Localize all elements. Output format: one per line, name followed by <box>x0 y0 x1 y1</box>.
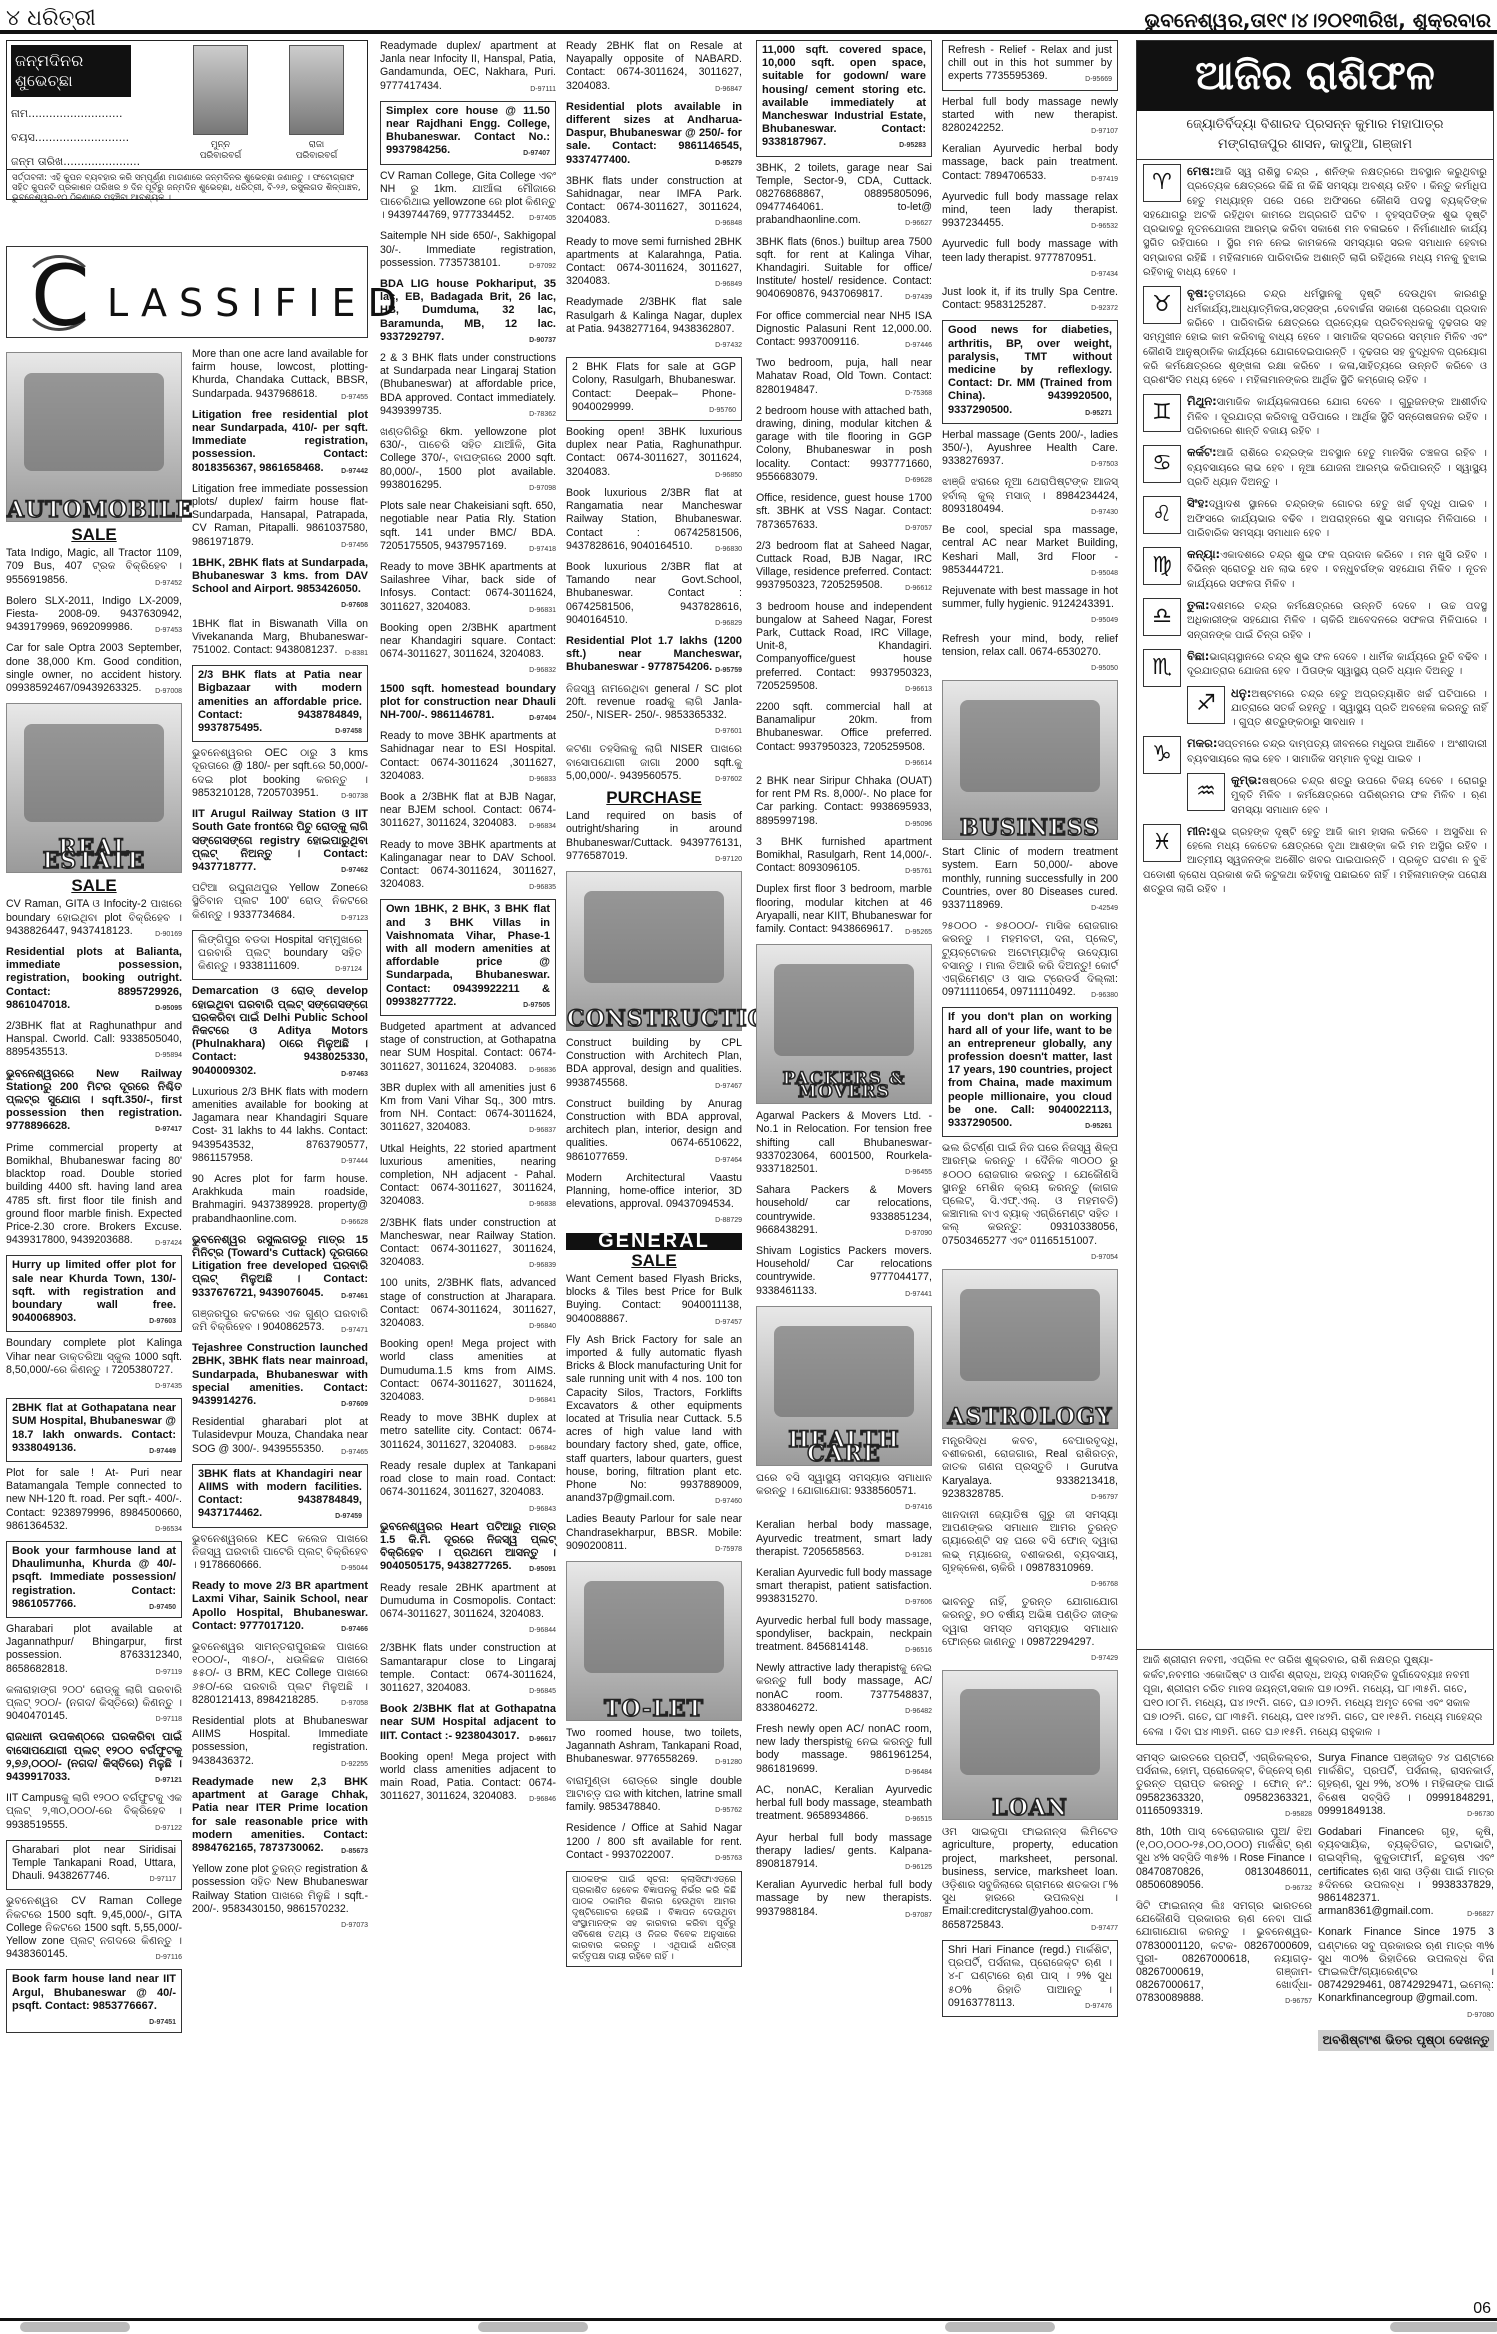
zodiac-icon: ♎ <box>1143 598 1181 636</box>
ad-code: D-95828 <box>1285 1808 1312 1821</box>
zodiac-icon: ♑ <box>1143 736 1181 774</box>
ad-code: D-96837 <box>529 1124 556 1137</box>
ad-code: D-97098 <box>529 482 556 495</box>
ad-code: D-97466 <box>341 1623 368 1636</box>
illustration <box>24 373 163 470</box>
classified-ad: AC, nonAC, Keralian Ayurvedic herbal ful… <box>756 1784 932 1827</box>
ad-code: D-92255 <box>341 1758 368 1771</box>
ad-code: D-96849 <box>715 278 742 291</box>
zodiac-name: କୁମ୍ଭ <box>1231 773 1257 787</box>
classified-ad: Residential plots at Balianta, immediate… <box>6 946 182 1015</box>
section-heading: SALE <box>6 528 182 541</box>
ad-code: D-97008 <box>155 685 182 698</box>
ad-code: D-97476 <box>1085 2000 1112 2013</box>
ad-text: 2 bedroom house with attached bath, draw… <box>756 405 932 483</box>
classified-ad: ପଟିଆ ରଘୁନାଥପୁର Yellow Zoneରେ ସ୍ଥିତିବାନ ପ… <box>192 882 368 925</box>
zodiac-prediction: ସପ୍ତମରେ ଚନ୍ଦ୍ର ଦାମ୍ପତ୍ୟ ଜୀବନରେ ମଧୁରତା ଆଣ… <box>1187 739 1487 764</box>
page-number: 06 <box>1473 2300 1491 2318</box>
classified-ad: Readymade new 2,3 BHK apartment at Garag… <box>192 1776 368 1858</box>
classified-ad: Simplex core house @ 11.50 near Rajdhani… <box>380 101 556 165</box>
classified-ad: Residential plots at Bhubaneswar AIIMS H… <box>192 1715 368 1771</box>
ad-text: Own 1BHK, 2 BHK, 3 BHK flat and 3 BHK Vi… <box>386 903 550 1007</box>
classified-ad: Shri Hari Finance (regd.) ମାର୍କଶିଟ, ପ୍ରପ… <box>942 1940 1118 2017</box>
ad-code: D-90737 <box>529 334 556 347</box>
child-photo-1 <box>193 45 248 135</box>
classified-ad: 2/3BHK flats under construction at Manch… <box>380 1217 556 1273</box>
ad-text: ଘରେ ବସି ସ୍ୱାସ୍ଥ୍ୟ ସମସ୍ୟାର ସମାଧାନ କରନ୍ତୁ … <box>756 1472 932 1497</box>
birthday-coupon: ଜନ୍ମଦିନର ଶୁଭେଚ୍ଛା ନାମ...................… <box>6 40 368 200</box>
zodiac-entry: ♎ତୁଳା:ଦଶମରେ ଚନ୍ଦ୍ର କର୍ମକ୍ଷେତ୍ରରେ ଉନ୍ନତି … <box>1137 594 1493 645</box>
horoscope-title: ଆଜିର ରାଶିଫଳ <box>1137 41 1493 111</box>
zodiac-list: ♈ମେଷ:ଆଜି ସ୍ୱ ରାଶିସ୍ଥ ଚନ୍ଦ୍ର , ଶନିଙ୍କ ନକ୍… <box>1137 160 1493 899</box>
classified-ad: 2 bedroom house with attached bath, draw… <box>756 405 932 487</box>
ad-code: D-96842 <box>529 1442 556 1455</box>
classified-ad: 3BHK flats at Khandagiri near AIIMS with… <box>192 1464 368 1528</box>
ad-code: D-97434 <box>1091 268 1118 281</box>
ad-text: Ayurvedic full body massage with teen la… <box>942 238 1118 263</box>
classified-ad: Plot for sale ! At- Puri near Batamangal… <box>6 1467 182 1536</box>
ad-code: D-85673 <box>341 1845 368 1858</box>
classified-ad: Shivam Logistics Packers movers. Househo… <box>756 1245 932 1301</box>
ad-code: D-95279 <box>715 157 742 170</box>
zodiac-icon: ♒ <box>1187 773 1225 811</box>
panjika-box: ଆଜି ଶ୍ରୀରାମ ନବମୀ, ଏପ୍ରିଲ ୧୯ ତାରିଖ ଶୁକ୍ରବ… <box>1137 1649 1493 1744</box>
classified-ad: Bolero SLX-2011, Indigo LX-2009, Fiesta-… <box>6 595 182 638</box>
classified-ad: Ready to move 3BHK apartments at Sahidna… <box>380 730 556 786</box>
classified-ad: 90 Acres plot for farm house. Arakhkuda … <box>192 1173 368 1229</box>
ad-code: D-95091 <box>529 1563 556 1576</box>
classified-ad: Ready to move 3BHK duplex at metro satel… <box>380 1412 556 1455</box>
ad-code: D-96515 <box>905 1813 932 1826</box>
classified-ad: For office commercial near NH5 ISA Digno… <box>756 310 932 353</box>
classified-ad: Utkal Heights, 22 storied apartment luxu… <box>380 1143 556 1212</box>
classified-ad: Luxurious 2/3 BHK flats with modern amen… <box>192 1086 368 1168</box>
column-4: Ready 2BHK flat on Resale at Nayapally o… <box>566 40 742 1967</box>
zodiac-entry: ♉ବୃଷ:ତୃତୀୟରେ ଚନ୍ଦ୍ର ଧର୍ମସ୍ଥାନକୁ ଦୃଷ୍ଟି ଦ… <box>1137 282 1493 390</box>
classified-ad: Rejuvenate with best massage in hot summ… <box>942 585 1118 628</box>
zodiac-prediction: ଆଜି ସ୍ୱ ରାଶିସ୍ଥ ଚନ୍ଦ୍ର , ଶନିଙ୍କ ନକ୍ଷତ୍ରର… <box>1143 167 1487 278</box>
classified-ad: ଲିଙ୍ଗିପୁର ବଡଦା Hospital ସମ୍ମୁଖରେ ଘରବାରି … <box>192 930 368 981</box>
classified-ad: ଘରେ ବସି ସ୍ୱାସ୍ଥ୍ୟ ସମସ୍ୟାର ସମାଧାନ କରନ୍ତୁ … <box>756 1472 932 1515</box>
classified-ad: Litigation free residential plot near Su… <box>192 409 368 478</box>
illustration <box>24 724 163 821</box>
ad-code: D-97058 <box>341 1697 368 1710</box>
classified-ad: 1BHK, 2BHK flats at Sundarpada, Bhubanes… <box>192 557 368 613</box>
classified-ad: Two bedroom, puja, hall near Mahatav Roa… <box>756 357 932 400</box>
ad-code: D-96847 <box>715 83 742 96</box>
horoscope-panel: ଆଜିର ରାଶିଫଳ ଜ୍ୟୋତିର୍ବିଦ୍ୟା ବିଶାରଦ ପ୍ରସନ୍… <box>1136 40 1494 1745</box>
ad-code: D-97465 <box>341 1446 368 1459</box>
ad-code: D-97122 <box>155 1822 182 1835</box>
classified-ad: 2/3BHK flats under construction at Saman… <box>380 1642 556 1698</box>
ad-code: D-97503 <box>1091 458 1118 471</box>
classified-ad: Herbal full body massage newly started w… <box>942 96 1118 139</box>
ad-code: D-96380 <box>1091 989 1118 1002</box>
category-label: REAL ESTATE <box>7 842 181 868</box>
ad-code: D-96831 <box>529 604 556 617</box>
ad-code: D-97449 <box>149 1445 176 1458</box>
ad-text: Yellow zone plot ତୁରନ୍ତ registration & p… <box>192 1863 368 1915</box>
classified-ad: Hurry up limited offer plot for sale nea… <box>6 1255 182 1332</box>
classified-ad: Just look it, if its trully Spa Centre. … <box>942 286 1118 315</box>
ad-code: D-97407 <box>523 147 550 160</box>
classified-ad: Residential plots available in different… <box>566 101 742 170</box>
zodiac-name: ବିଛା <box>1187 649 1205 663</box>
ad-text: Refresh your mind, body, relief tension,… <box>942 633 1118 658</box>
ad-code: D-97455 <box>341 391 368 404</box>
classified-ad: Modern Architectural Vaastu Planning, ho… <box>566 1172 742 1228</box>
ad-code: D-97451 <box>149 2016 176 2029</box>
classified-ad: Book luxurious 2/3BR flat at Tamando nea… <box>566 561 742 630</box>
ad-code: D-97462 <box>341 864 368 877</box>
classified-ad: Construct building by CPL Construction w… <box>566 1037 742 1093</box>
ad-code: D-97123 <box>341 912 368 925</box>
classified-ad: 2/3 bedroom flat at Saheed Nagar, Cuttac… <box>756 540 932 596</box>
ad-code: D-90169 <box>155 928 182 941</box>
ad-code: D-97087 <box>905 1909 932 1922</box>
ad-code: D-97416 <box>905 1501 932 1514</box>
ad-code: D-90738 <box>341 790 368 803</box>
ad-code: D-96836 <box>529 1064 556 1077</box>
ad-text: Book farm house land near IIT Argul, Bhu… <box>12 1973 176 2011</box>
zodiac-entry: ♏ବିଛା:ଭାଗ୍ୟସ୍ଥାନରେ ଚନ୍ଦ୍ର ଶୁଭ ଫଳ ଦେବେ । … <box>1137 645 1493 682</box>
ad-code: D-97505 <box>523 999 550 1012</box>
classified-ad: Duplex first floor 3 bedroom, marble flo… <box>756 883 932 939</box>
classified-ad: Construct building by Anurag Constructio… <box>566 1098 742 1167</box>
category-label: LOAN <box>943 1802 1117 1815</box>
classified-ad: ଭୁବନେଶ୍ୱରର Heart ପଟିଆରୁ ମାତ୍ର 1.5 କି.ମି.… <box>380 1521 556 1577</box>
ad-text: Readymade 2/3BHK flat sale Rasulgarh & K… <box>566 296 742 334</box>
ad-code: D-97404 <box>529 712 556 725</box>
ad-code: D-95894 <box>155 1049 182 1062</box>
zodiac-icon: ♋ <box>1143 445 1181 483</box>
classified-ad: 2 BHK Flats for sale at GGP Colony, Rasu… <box>566 357 742 421</box>
classified-ad: 1BHK flat in Biswanath Villa on Vivekana… <box>192 618 368 661</box>
classified-ad: 2 BHK near Siripur Chhaka (OUAT) for ren… <box>756 775 932 831</box>
ad-text: Ready resale duplex at Tankapani road cl… <box>380 1460 556 1498</box>
ad-code: D-97120 <box>715 853 742 866</box>
category-image-loan: LOAN <box>942 1670 1118 1820</box>
classified-title: LASSIFIED <box>107 281 409 325</box>
category-label: PACKERS & MOVERS <box>757 1073 931 1099</box>
ad-code: D-96628 <box>341 1216 368 1229</box>
classified-ad: ଗଞ୍ଜରପୁର କଟକରେ ଏକ ଗୁଣ୍ଠ ଘରବାରି ଜମି ବିକ୍ର… <box>192 1308 368 1337</box>
category-image-automobile: AUTOMOBILE <box>6 352 182 522</box>
classified-ad: ରାଜଧାନୀ ଉପକଣ୍ଠରେ ଘରକରିବା ପାଇଁ ବାସୋପଯୋଗୀ … <box>6 1731 182 1787</box>
ad-text: Demarcation ଓ ରୋଡ୍ develop ହୋଇଥିବା ଘରବାର… <box>192 985 368 1076</box>
classified-ad: Ready to move semi furnished 2BHK apartm… <box>566 236 742 292</box>
zodiac-entry: ♌ସିଂହ:ଦ୍ୱାଦଶ ସ୍ଥାନରେ ଚନ୍ଦ୍ରଙ୍କ ଗୋଚର ହେତୁ… <box>1137 492 1493 543</box>
ad-text: Readymade new 2,3 BHK apartment at Garag… <box>192 1776 368 1854</box>
zodiac-icon: ♈ <box>1143 164 1181 202</box>
classified-ad: Saitemple NH side 650/-, Sakhigopal 30/-… <box>380 230 556 273</box>
classified-ad: Ayurvedic herbal full body massage, spon… <box>756 1615 932 1658</box>
classified-ad: Newly attractive lady therapistକୁ ନେଇ କର… <box>756 1662 932 1718</box>
zodiac-icon: ♓ <box>1143 824 1181 862</box>
classified-ad: କଟଣା ତହସିଲକୁ ଲାଗି NISER ପାଖରେ ବାସୋପଯୋଗୀ … <box>566 743 742 786</box>
classified-ad: Keralian Ayurvedic herbal full body mass… <box>756 1879 932 1922</box>
classified-ad: Booking open 2/3BHK apartment near Khand… <box>380 622 556 678</box>
classified-ad: 3 BHK furnished apartment Bomikhal, Rasu… <box>756 836 932 879</box>
classified-ad: Sahara Packers & Movers household/ car r… <box>756 1184 932 1240</box>
ad-code: D-95261 <box>1085 1120 1112 1133</box>
ad-text: Prime commercial property at Bomikhal, B… <box>6 1142 182 1246</box>
ad-code: D-95669 <box>1085 73 1112 86</box>
ad-code: D-96843 <box>529 1503 556 1516</box>
ad-code: D-97419 <box>1091 173 1118 186</box>
ad-code: D-97477 <box>1091 1922 1118 1935</box>
classified-ad: Keralian herbal body massage, Ayurvedic … <box>756 1519 932 1562</box>
classified-ad: Ayurvedic full body massage with teen la… <box>942 238 1118 281</box>
ad-text: 3 bedroom house and independent bungalow… <box>756 601 932 692</box>
ad-code: D-97430 <box>1091 506 1118 519</box>
column-5: 11,000 sqft. covered space, 10,000 sqft.… <box>756 40 932 1927</box>
ad-code: D-96841 <box>529 1394 556 1407</box>
zodiac-entry: ♓ମୀନ:ଶୁଭ ଗ୍ରହଙ୍କ ଦୃଷ୍ଟି ହେତୁ ଆଜି କାମ ହାସ… <box>1137 820 1493 899</box>
classified-ad: 3BHK flats under construction at Sahidna… <box>566 175 742 231</box>
ad-text: Rejuvenate with best massage in hot summ… <box>942 585 1118 610</box>
child-photo-2 <box>289 45 344 135</box>
category-image-health-care: HEALTH CARE <box>756 1306 932 1466</box>
ad-code: D-97603 <box>149 1315 176 1328</box>
ad-text: Booking open 2/3BHK apartment near Khand… <box>380 622 556 660</box>
classified-ad: Plots sale near Chakeisiani sqft. 650, n… <box>380 500 556 556</box>
ad-code: D-97116 <box>156 1951 182 1964</box>
classified-ad: Yellow zone plot ତୁରନ୍ତ registration & p… <box>192 1863 368 1932</box>
classified-ad: Be cool, special spa massage, central AC… <box>942 524 1118 580</box>
classified-banner: C LASSIFIED <box>6 246 368 338</box>
classified-ad: IIT Campusକୁ ଲାଗି ୧୨୦୦ ବର୍ଗଫୁଟକୁ ଏକ ପ୍ଲଟ… <box>6 1792 182 1835</box>
classified-ad: Office, residence, guest house 1700 sft.… <box>756 492 932 535</box>
footer-tab <box>478 2322 588 2332</box>
ad-code: D-96835 <box>529 881 556 894</box>
zodiac-name: ମେଷ <box>1187 164 1210 178</box>
finance-column-right: Surya Finance ପଞ୍ଜୀକୃତ ୨୪ ଘଣ୍ଟାରେ ମାର୍କଶ… <box>1318 1752 1494 2051</box>
ad-code: D-97606 <box>905 1596 932 1609</box>
ad-code: D-97460 <box>715 1495 742 1508</box>
classified-ad: BDA LIG house Pokhariput, 35 lac, EB, Ba… <box>380 278 556 347</box>
classified-ad: Land required on basis of outright/shari… <box>566 810 742 866</box>
classified-ad: 2/3BHK flat at Raghunathpur and Hanspal.… <box>6 1020 182 1063</box>
ad-text: ସିଟି ଫାଇନାନ୍ସ ଲିଃ ସମଗ୍ର ଭାରତରେ ଯେକୌଣସି ପ… <box>1136 1900 1312 2004</box>
ad-code: D-97107 <box>1091 125 1118 138</box>
ad-code: D-96612 <box>905 582 932 595</box>
classified-ad: Ready to move 2/3 BR apartment Laxmi Vih… <box>192 1580 368 1636</box>
category-label: BUSINESS <box>943 822 1117 835</box>
classified-ad: 2BHK flat at Gothapatana near SUM Hospit… <box>6 1398 182 1462</box>
footer-tab <box>945 2322 1055 2332</box>
ad-code: D-97057 <box>905 522 932 535</box>
ad-code: D-97118 <box>156 1713 182 1726</box>
child-name-2: ରାଜାପରିବାରବର୍ଗ <box>289 139 344 161</box>
ad-code: D-96832 <box>529 664 556 677</box>
zodiac-entry: ♑ମକର:ସପ୍ତମରେ ଚନ୍ଦ୍ର ଦାମ୍ପତ୍ୟ ଜୀବନରେ ମଧୁର… <box>1137 732 1493 769</box>
classified-ad: Litigation free immediate possession plo… <box>192 483 368 552</box>
category-image-real-estate: REAL ESTATE <box>6 703 182 873</box>
ad-code: D-96617 <box>529 1733 556 1746</box>
ad-code: D-97471 <box>341 1324 368 1337</box>
classified-ad: Book farm house land near IIT Argul, Bhu… <box>6 1969 182 2033</box>
classified-ad: More than one acre land available for fa… <box>192 348 368 404</box>
ad-code: D-97464 <box>715 1154 742 1167</box>
ad-code: D-97441 <box>905 1288 932 1301</box>
classified-ad: କଳାରାହାଙ୍ଗ ୨୦୦' ରୋଡ୍‌କୁ ଲାଗି ଘରବାରି ପ୍ଲଟ… <box>6 1684 182 1727</box>
zodiac-entry: ♐ଧନୁ:ଅଷ୍ଟମରେ ଚନ୍ଦ୍ର ହେତୁ ଅପ୍ରତ୍ୟାଶିତ ଖର୍… <box>1137 682 1493 733</box>
category-image-construction: CONSTRUCTION <box>566 871 742 1031</box>
ad-code: D-96848 <box>715 217 742 230</box>
classified-ad: Ayurvedic full body massage relax mind, … <box>942 191 1118 234</box>
reader-notice: ପାଠକଙ୍କ ପାଇଁ ସୂଚନା: କ୍ଲାସିଫାଏଡ୍‌ରେ ପ୍ରକା… <box>566 1871 742 1967</box>
category-label: CONSTRUCTION <box>567 1013 741 1026</box>
ad-code: D-97450 <box>149 1601 176 1614</box>
classified-ad: Refresh your mind, body, relief tension,… <box>942 633 1118 676</box>
ad-code: D-96830 <box>715 543 742 556</box>
classified-ad: Gharabari plot near Siridisai Temple Tan… <box>6 1840 182 1891</box>
category-image-business: BUSINESS <box>942 680 1118 840</box>
ad-code: D-97424 <box>155 1237 182 1250</box>
classified-ad: ଭୁବନେଶ୍ୱର ସାମନ୍ତରାପୁରଛକ ପାଖରେ ୧୦୦୦/-, ୩୫… <box>192 1641 368 1710</box>
classified-ad: Readymade 2/3BHK flat sale Rasulgarh & K… <box>566 296 742 352</box>
ad-text: If you don't plan on working hard all of… <box>948 1011 1112 1129</box>
category-label: AUTOMOBILE <box>7 504 181 517</box>
ad-code: D-88729 <box>715 1214 742 1227</box>
classified-ad: Ready resale duplex at Tankapani road cl… <box>380 1460 556 1516</box>
classified-ad: Book luxurious 2/3BR flat at Rangamatia … <box>566 487 742 556</box>
zodiac-entry: ♒କୁମ୍ଭ:ଷଷ୍ଠରେ ଚନ୍ଦ୍ର ଶତ୍ରୁ ଉପରେ ବିଜୟ ଦେବ… <box>1137 769 1493 820</box>
classified-ad: Tata Indigo, Magic, all Tractor 1109, 70… <box>6 547 182 590</box>
zodiac-prediction: ଏକାଦଶରେ ଚନ୍ଦ୍ର ଶୁଭ ଫଳ ପ୍ରଦାନ କରିବେ । ମନ … <box>1187 550 1487 590</box>
ad-code: D-96614 <box>905 757 932 770</box>
zodiac-prediction: ଆଜି ରାଶିରେ ଚନ୍ଦ୍ରଙ୍କ ଅବସ୍ଥାନ ହେତୁ ମାନସିକ… <box>1187 448 1487 488</box>
classified-ad: Tejashree Construction launched 2BHK, 3B… <box>192 1342 368 1411</box>
top-rule <box>0 30 1497 34</box>
birthday-title: ଜନ୍ମଦିନର ଶୁଭେଚ୍ଛା <box>11 45 131 97</box>
classified-ad: Residential Plot 1.7 lakhs (1200 sft.) n… <box>566 635 742 678</box>
classified-ad: If you don't plan on working hard all of… <box>942 1007 1118 1137</box>
classified-ad: Booking open! Mega project with world cl… <box>380 1751 556 1807</box>
ad-code: D-96797 <box>1091 1491 1118 1504</box>
page-label: ୪ ଧରିତ୍ରୀ <box>6 6 96 31</box>
zodiac-prediction: ଭାଗ୍ୟସ୍ଥାନରେ ଚନ୍ଦ୍ର ଶୁଭ ଫଳ ଦେବେ । ଧାର୍ମି… <box>1187 652 1487 677</box>
ad-code: D-95762 <box>715 1804 742 1817</box>
zodiac-prediction: ଦ୍ୱାଦଶ ସ୍ଥାନରେ ଚନ୍ଦ୍ରଙ୍କ ଗୋଚର ହେତୁ ଖର୍ଚ୍… <box>1187 499 1487 539</box>
ad-code: D-95760 <box>709 404 736 417</box>
classified-ad: ଖଣ୍ଡଗିରିରୁ 6km. yellowzone plot 630/-, ପ… <box>380 426 556 495</box>
illustration <box>774 964 913 1056</box>
ad-code: D-97080 <box>1467 2009 1494 2022</box>
ad-code: D-95759 <box>715 664 742 677</box>
ad-code: D-95044 <box>341 1562 368 1575</box>
child-name-1: ମୁନ୍ନପରିବାରବର୍ଗ <box>193 139 248 161</box>
classified-ad: Book 2/3BHK flat at Gothapatna near SUM … <box>380 1703 556 1746</box>
ad-code: D-97432 <box>715 339 742 352</box>
classified-ad: Start Clinic of modern treatment system.… <box>942 846 1118 915</box>
classified-ad: ଖାନଦାନୀ ଜ୍ୟୋତିଷ ଗୁରୁ ଜୀ ସମସ୍ୟା ଆପଣଙ୍କର ସ… <box>942 1509 1118 1591</box>
ad-code: D-75978 <box>715 1543 742 1556</box>
ad-code: D-96833 <box>529 773 556 786</box>
ad-code: D-97609 <box>341 1398 368 1411</box>
column-6: Refresh - Relief - Relax and just chill … <box>942 40 1118 2022</box>
ad-code: D-97418 <box>529 543 556 556</box>
column-3: Readymade duplex/ apartment at Janla nea… <box>380 40 556 1812</box>
classified-ad: 2/3 BHK flats at Patia near Bigbazaar wi… <box>192 665 368 742</box>
classified-ad: Residence / Office at Sahid Nagar 1200 /… <box>566 1822 742 1865</box>
ad-code: D-96455 <box>905 1166 932 1179</box>
continued-notice: ଅବଶିଷ୍ଟାଂଶ ଭିତର ପୃଷ୍ଠା ଦେଖନ୍ତୁ <box>1318 2030 1494 2051</box>
zodiac-prediction: ତୃତୀୟରେ ଚନ୍ଦ୍ର ଧର୍ମସ୍ଥାନକୁ ଦୃଷ୍ଟି ଦେଉଥିବ… <box>1143 289 1487 386</box>
illustration <box>584 1581 723 1673</box>
illustration <box>960 700 1099 792</box>
ad-code: D-97467 <box>715 1080 742 1093</box>
classified-ad: Keralian Ayurvedic full body massage sma… <box>756 1567 932 1610</box>
ad-text: ଭଲ ରିଟର୍ଣ୍ଣ ପାଇଁ ନିଜ ଘରେ ନିଜସ୍ୱ ଶିଳ୍ପ ଆର… <box>942 1142 1118 1246</box>
ad-code: D-96838 <box>529 1198 556 1211</box>
ad-code: D-97453 <box>155 624 182 637</box>
ad-code: D-78362 <box>529 408 556 421</box>
ad-code: D-96532 <box>1091 220 1118 233</box>
ad-code: D-96484 <box>905 1766 932 1779</box>
category-label: HEALTH CARE <box>757 1434 931 1460</box>
ad-code: D-42549 <box>1091 902 1118 915</box>
classified-ad: 3BHK, 2 toilets, garage near Sai Temple,… <box>756 162 932 231</box>
zodiac-prediction: ଷଷ୍ଠରେ ଚନ୍ଦ୍ର ଶତ୍ରୁ ଉପରେ ବିଜୟ ଦେବେ । ରୋଗ… <box>1231 776 1487 816</box>
section-heading: PURCHASE <box>566 791 742 804</box>
zodiac-name: ସିଂହ <box>1187 496 1204 510</box>
ad-code: D-95095 <box>155 1002 182 1015</box>
classified-ad: Boundary complete plot Kalinga Vihar nea… <box>6 1337 182 1393</box>
illustration <box>960 1689 1099 1775</box>
ad-text: Fly Ash Brick Factory for sale an import… <box>566 1334 742 1504</box>
ad-code: D-96840 <box>529 1320 556 1333</box>
zodiac-name: ବୃଷ <box>1187 286 1203 300</box>
zodiac-name: ମୀନ <box>1187 824 1206 838</box>
ad-code: D-96768 <box>1091 1578 1118 1591</box>
ad-text: 11,000 sqft. covered space, 10,000 sqft.… <box>762 44 926 148</box>
classified-ad: Booking open! Mega project with world cl… <box>380 1338 556 1407</box>
classified-ad: Fresh newly open AC/ nonAC room, new lad… <box>756 1723 932 1779</box>
classified-ad: ଭୁବନେଶ୍ୱରରେ New Railway Stationରୁ 200 ମି… <box>6 1068 182 1137</box>
ad-code: D-96844 <box>529 1624 556 1637</box>
column-1: AUTOMOBILESALETata Indigo, Magic, all Tr… <box>6 348 182 2038</box>
ad-text: ୨୫୦୦୦ - ୭୫୦୦୦/- ମାସିକ ରୋଜଗାର କରନ୍ତୁ । ମହ… <box>942 920 1118 998</box>
classified-ad: Ready to move 3BHK apartments at Kalinga… <box>380 839 556 895</box>
ad-code: D-95271 <box>1085 407 1112 420</box>
classified-ad: 11,000 sqft. covered space, 10,000 sqft.… <box>756 40 932 157</box>
coupon-terms: ସର୍ତ୍ତାବଳୀ: ଏହି କୁପନ ବ୍ୟବହାର କରି ସମ୍ପୂର୍… <box>7 169 367 206</box>
classified-ad: ଭୁବନେଶ୍ୱର ରସୁଲଗଡରୁ ମାତ୍ର 15 ମିନିଟ୍‌ର (To… <box>192 1234 368 1303</box>
classified-ad: ନିଜସ୍ୱ ନାମରେଥିବା general / SC plot 20ft.… <box>566 683 742 739</box>
ad-code: D-96839 <box>529 1259 556 1272</box>
ad-code: D-91281 <box>905 1549 932 1562</box>
classified-ad: 1500 sqft. homestead boundary plot for c… <box>380 683 556 726</box>
section-banner: GENERAL <box>566 1233 742 1250</box>
classified-ad: Fly Ash Brick Factory for sale an import… <box>566 1334 742 1509</box>
ad-code: D-97117 <box>150 1873 176 1886</box>
ad-code: D-69628 <box>905 474 932 487</box>
ad-code: D-97444 <box>341 1155 368 1168</box>
category-label: ASTROLOGY <box>943 1411 1117 1424</box>
section-heading: SALE <box>566 1254 742 1267</box>
ad-code: D-96534 <box>155 1523 182 1536</box>
illustration <box>960 1289 1099 1381</box>
classified-ad: Refresh - Relief - Relax and just chill … <box>942 40 1118 91</box>
zodiac-prediction: ଅଷ୍ଟମରେ ଚନ୍ଦ୍ର ହେତୁ ଅପ୍ରତ୍ୟାଶିତ ଖର୍ଚ୍ଚ ଘ… <box>1231 689 1487 729</box>
classified-ad: CV Raman, GITA ଓ Infocity-2 ପାଖରେ bounda… <box>6 898 182 941</box>
category-image-to-let: TO-LET <box>566 1561 742 1721</box>
ad-code: D-96834 <box>529 820 556 833</box>
ad-code: D-95048 <box>1091 567 1118 580</box>
classified-ad: 3BHK flats (6nos.) builtup area 7500 sqf… <box>756 236 932 305</box>
